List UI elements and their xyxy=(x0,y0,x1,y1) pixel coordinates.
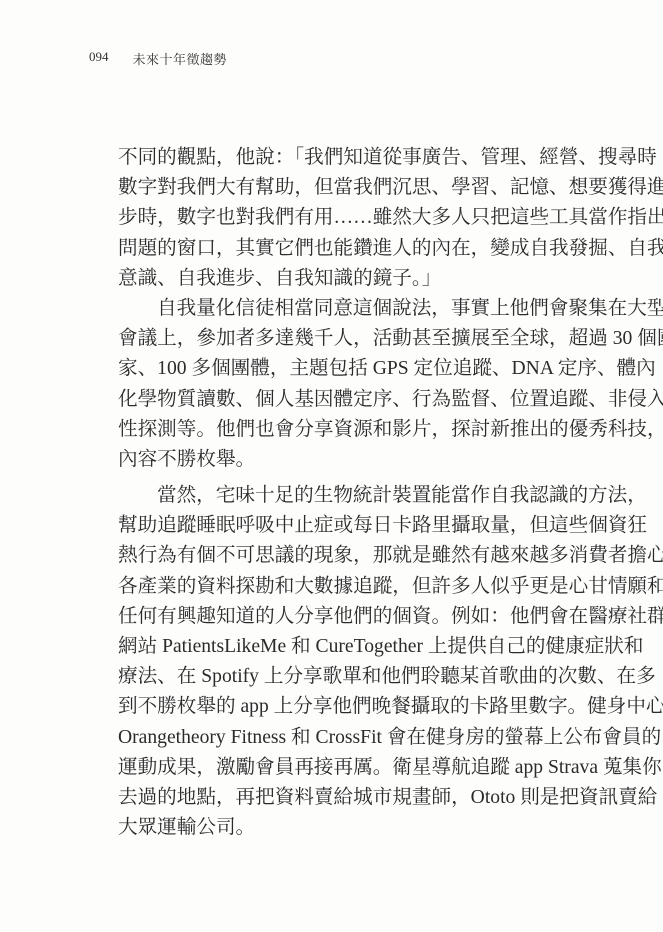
text-line: 療法、在 Spotify 上分享歌單和他們聆聽某首歌曲的次數、在多 xyxy=(118,662,576,692)
text-line: 數字對我們大有幫助，但當我們沉思、學習、記憶、想要獲得進 xyxy=(118,173,576,203)
text-line: 當然，宅味十足的生物統計裝置能當作自我認識的方法， xyxy=(118,481,576,511)
text-line: 家、100 多個團體，主題包括 GPS 定位追蹤、DNA 定序、體內 xyxy=(118,354,576,384)
text-line: 幫助追蹤睡眠呼吸中止症或每日卡路里攝取量，但這些個資狂 xyxy=(118,511,576,541)
text-line: Orangetheory Fitness 和 CrossFit 會在健身房的螢幕… xyxy=(118,723,576,753)
text-line: 化學物質讀數、個人基因體定序、行為監督、位置追蹤、非侵入 xyxy=(118,385,576,415)
text-line: 意識、自我進步、自我知識的鏡子。」 xyxy=(118,264,576,294)
text-line: 任何有興趣知道的人分享他們的個資。例如：他們會在醫療社群 xyxy=(118,602,576,632)
book-title: 未來十年徵趨勢 xyxy=(133,49,228,68)
text-line: 各產業的資料探勘和大數據追蹤，但許多人似乎更是心甘情願和 xyxy=(118,572,576,602)
text-line: 問題的窗口，其實它們也能鑽進人的內在，變成自我發掘、自我 xyxy=(118,234,576,264)
text-line: 會議上，參加者多達幾千人，活動甚至擴展至全球，超過 30 個國 xyxy=(118,324,576,354)
text-line: 不同的觀點，他說：「我們知道從事廣告、管理、經營、搜尋時 xyxy=(118,143,576,173)
text-line: 網站 PatientsLikeMe 和 CureTogether 上提供自己的健… xyxy=(118,632,576,662)
text-line: 去過的地點，再把資料賣給城市規畫師，Ototo 則是把資訊賣給 xyxy=(118,783,576,813)
text-line: 到不勝枚舉的 app 上分享他們晚餐攝取的卡路里數字。健身中心 xyxy=(118,692,576,722)
page-number: 094 xyxy=(89,49,109,68)
text-line: 熱行為有個不可思議的現象，那就是雖然有越來越多消費者擔心 xyxy=(118,541,576,571)
paragraph-1: 不同的觀點，他說：「我們知道從事廣告、管理、經營、搜尋時 數字對我們大有幫助，但… xyxy=(118,143,576,294)
text-line: 內容不勝枚舉。 xyxy=(118,445,576,475)
text-line: 性探測等。他們也會分享資源和影片，探討新推出的優秀科技， xyxy=(118,415,576,445)
text-line: 運動成果，激勵會員再接再厲。衛星導航追蹤 app Strava 蒐集你 xyxy=(118,753,576,783)
body-text: 不同的觀點，他說：「我們知道從事廣告、管理、經營、搜尋時 數字對我們大有幫助，但… xyxy=(118,143,576,843)
paragraph-3: 當然，宅味十足的生物統計裝置能當作自我認識的方法， 幫助追蹤睡眠呼吸中止症或每日… xyxy=(118,481,576,843)
text-line: 步時，數字也對我們有用……雖然大多人只把這些工具當作指出 xyxy=(118,203,576,233)
paragraph-2: 自我量化信徒相當同意這個說法，事實上他們會聚集在大型 會議上，參加者多達幾千人，… xyxy=(118,294,576,475)
text-line: 大眾運輸公司。 xyxy=(118,813,576,843)
text-line: 自我量化信徒相當同意這個說法，事實上他們會聚集在大型 xyxy=(118,294,576,324)
running-head: 094 未來十年徵趨勢 xyxy=(89,49,227,68)
book-page: 094 未來十年徵趨勢 不同的觀點，他說：「我們知道從事廣告、管理、經營、搜尋時… xyxy=(0,0,663,932)
